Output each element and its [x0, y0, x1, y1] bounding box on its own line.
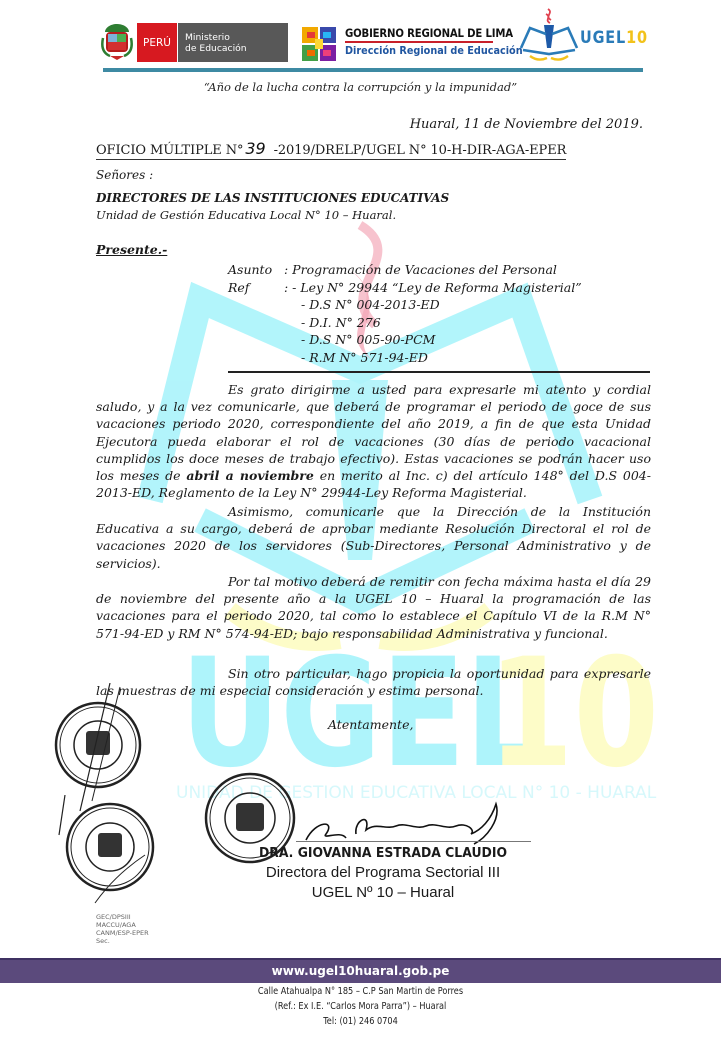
closing-salutation: Atentamente,	[328, 717, 413, 732]
signatory-role: Directora del Programa Sectorial III	[233, 864, 533, 881]
signatory-name: DRA. GIOVANNA ESTRADA CLAUDIO	[245, 845, 521, 861]
paragraph-resolution: Asimismo, comunicarle que la Dirección d…	[96, 503, 651, 572]
oficio-suffix: -2019/DRELP/UGEL N° 10-H-DIR-AGA-EPER	[274, 143, 567, 158]
ministry-line1: Ministerio	[185, 32, 288, 43]
ugel-book-torch-logo-icon	[518, 6, 580, 64]
header-divider	[103, 68, 643, 72]
peru-coat-of-arms-icon	[100, 22, 134, 62]
recipient: DIRECTORES DE LAS INSTITUCIONES EDUCATIV…	[96, 191, 449, 205]
ugel-logo-text: UGEL10	[580, 28, 648, 48]
presente-heading: Presente.-	[96, 242, 167, 257]
reference-item: - R.M N° 571-94-ED	[228, 349, 582, 367]
oficio-number: 39	[243, 139, 273, 158]
regional-government-divider	[345, 41, 493, 43]
footer-address: Calle Atahualpa N° 185 – C.P San Martin …	[50, 986, 670, 997]
watermark-number: 10	[488, 627, 659, 801]
personnel-stamp-icon	[55, 795, 155, 905]
regional-government-logo-icon	[301, 26, 337, 62]
ministry-brand-block: Ministerio de Educación	[178, 23, 288, 62]
reference-label: Ref	[228, 279, 284, 297]
salutation: Señores :	[96, 168, 153, 182]
subject-reference-block: Asunto: Programación de Vacaciones del P…	[228, 261, 582, 366]
subject-divider	[228, 371, 650, 373]
letter-date: Huaral, 11 de Noviembre del 2019.	[410, 117, 643, 132]
emphasis-months: abril a noviembre	[186, 468, 313, 483]
paragraph-deadline: Por tal motivo deberá de remitir con fec…	[96, 573, 651, 642]
regional-direction-subtitle: Dirección Regional de Educación	[345, 44, 523, 57]
reference-row: Ref: - Ley N° 29944 “Ley de Reforma Magi…	[228, 279, 582, 297]
reference-item: - D.S N° 005-90-PCM	[228, 331, 582, 349]
signatory-unit: UGEL Nº 10 – Huaral	[233, 884, 533, 901]
year-motto: “Año de la lucha contra la corrupción y …	[0, 80, 721, 94]
peru-label: PERÚ	[143, 37, 171, 49]
reference-initials: GEC/DPSIII MACCU/AGA CANM/ESP-EPER Sec.	[96, 913, 149, 945]
footer-reference: (Ref.: Ex I.E. “Carlos Mora Parra”) – Hu…	[50, 1001, 670, 1012]
oficio-prefix: OFICIO MÚLTIPLE N°	[96, 143, 243, 158]
subject-label: Asunto	[228, 261, 284, 279]
website-link[interactable]: www.ugel10huaral.gob.pe	[272, 964, 450, 978]
recipient-unit: Unidad de Gestión Educativa Local N° 10 …	[96, 208, 396, 222]
footer-website-bar: www.ugel10huaral.gob.pe	[0, 958, 721, 983]
reference-item: - D.I. N° 276	[228, 314, 582, 332]
ministry-line2: de Educación	[185, 43, 288, 54]
paragraph-closing: Sin otro particular, hago propicia la op…	[96, 665, 651, 699]
paragraph-vacation-program: Es grato dirigirme a usted para expresar…	[96, 381, 651, 501]
subject-row: Asunto: Programación de Vacaciones del P…	[228, 261, 582, 279]
peru-brand-block: PERÚ	[137, 23, 177, 62]
reference-first: : - Ley N° 29944 “Ley de Reforma Magiste…	[284, 280, 582, 295]
reference-item: - D.S N° 004-2013-ED	[228, 296, 582, 314]
subject-value: : Programación de Vacaciones del Persona…	[284, 262, 557, 277]
regional-government-title: GOBIERNO REGIONAL DE LIMA	[345, 26, 513, 40]
signature-line	[296, 841, 531, 842]
administration-stamp-icon	[40, 683, 150, 813]
footer-phone: Tel: (01) 246 0704	[50, 1016, 670, 1027]
oficio-reference: OFICIO MÚLTIPLE N°39-2019/DRELP/UGEL N° …	[96, 141, 566, 160]
